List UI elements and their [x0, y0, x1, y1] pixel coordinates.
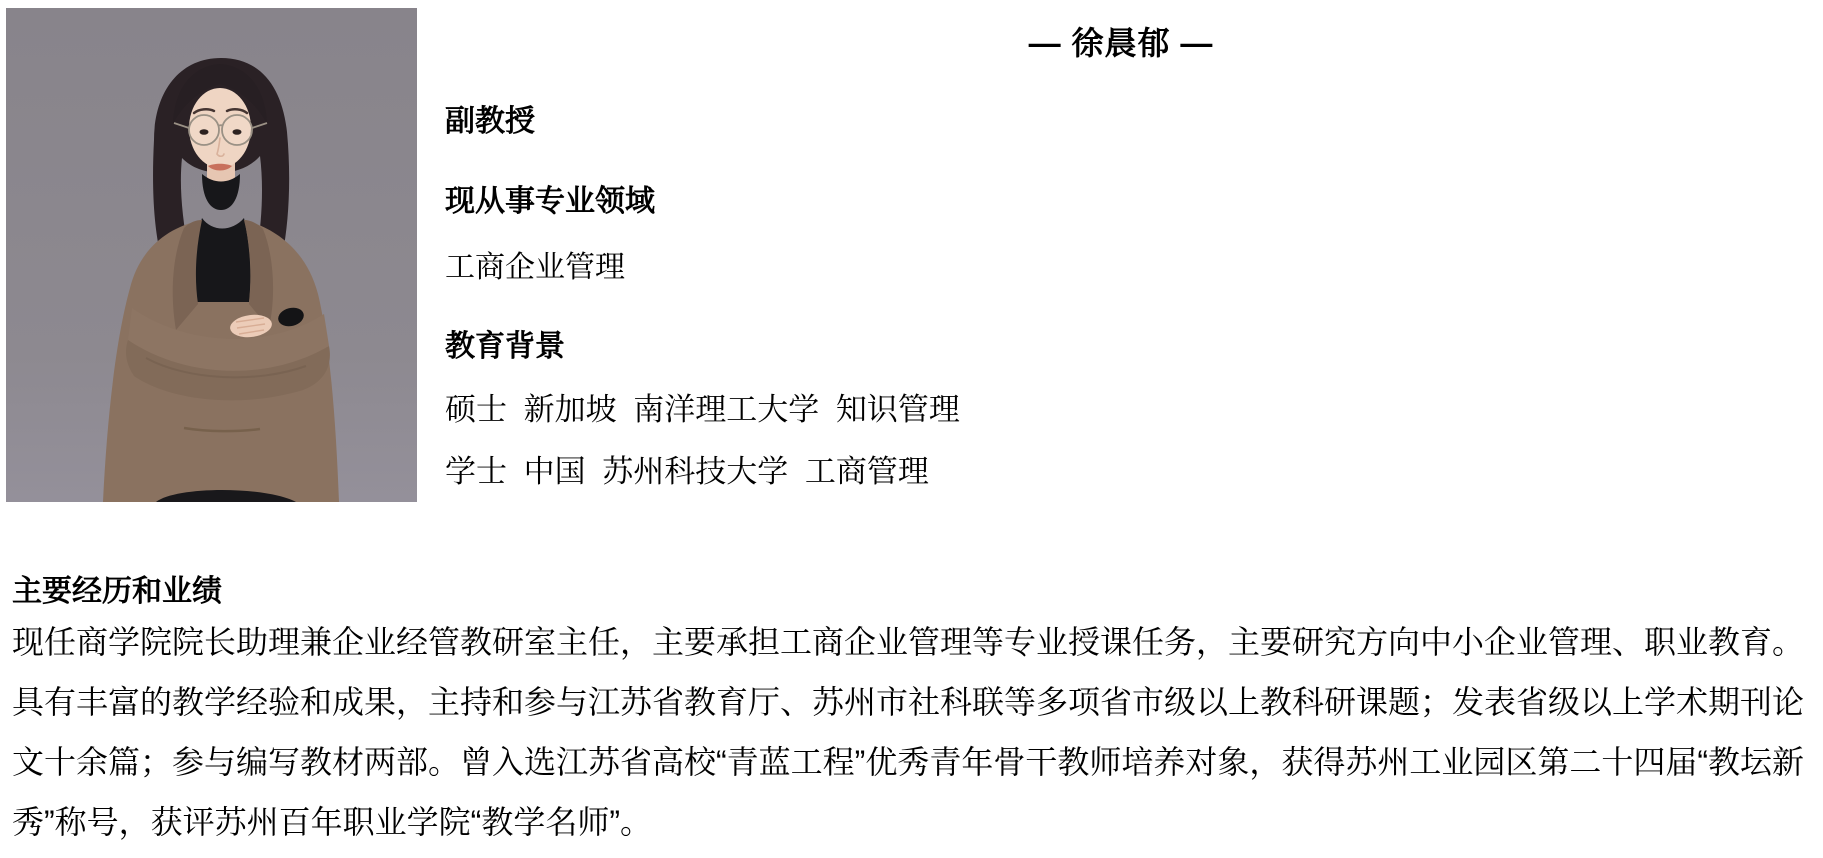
faculty-rank: 副教授	[445, 96, 535, 140]
portrait-photo-illustration	[6, 8, 417, 502]
field-value: 工商企业管理	[445, 242, 625, 286]
field-section-heading: 现从事专业领域	[445, 176, 655, 220]
experience-paragraph: 现任商学院院长助理兼企业经管教研室主任，主要承担工商企业管理等专业授课任务，主要…	[12, 612, 1804, 852]
education-section-heading: 教育背景	[445, 321, 565, 365]
portrait-photo	[6, 8, 417, 502]
faculty-name: — 徐晨郁 —	[445, 18, 1797, 64]
experience-section-heading: 主要经历和业绩	[12, 566, 222, 610]
education-item: 学士 中国 苏州科技大学 工商管理	[445, 446, 929, 491]
faculty-profile-page: — 徐晨郁 — 副教授 现从事专业领域 工商企业管理 教育背景 硕士 新加坡 南…	[0, 0, 1823, 858]
education-item: 硕士 新加坡 南洋理工大学 知识管理	[445, 384, 960, 429]
